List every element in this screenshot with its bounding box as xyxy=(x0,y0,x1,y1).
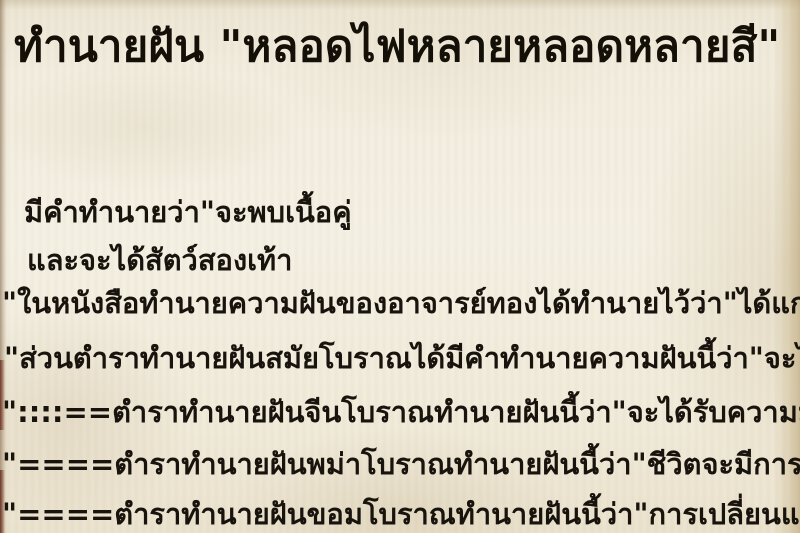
paper-edge-top xyxy=(0,0,800,10)
interpretation-line: "::::==ตำราทำนายฝันจีนโบราณทำนายฝันนี้ว่… xyxy=(2,392,800,432)
page-title: ทำนายฝัน "หลอดไฟหลายหลอดหลายสี" xyxy=(14,14,800,80)
interpretation-line: "ในหนังสือทำนายความฝันของอาจารย์ทองได้ทำ… xyxy=(2,283,800,323)
interpretation-line: และจะได้สัตว์สองเท้า xyxy=(27,240,292,280)
interpretation-line: "====ตำราทำนายฝันขอมโบราณทำนายฝันนี้ว่า"… xyxy=(2,494,800,533)
interpretation-line: "====ตำราทำนายฝันพม่าโบราณทำนายฝันนี้ว่า… xyxy=(2,444,800,484)
dream-interpretation-page: ทำนายฝัน "หลอดไฟหลายหลอดหลายสี" มีคำทำนา… xyxy=(0,0,800,533)
interpretation-line: "ส่วนตำราทำนายฝันสมัยโบราณได้มีคำทำนายคว… xyxy=(4,338,800,378)
interpretation-line: มีคำทำนายว่า"จะพบเนื้อคู่ xyxy=(24,192,352,232)
